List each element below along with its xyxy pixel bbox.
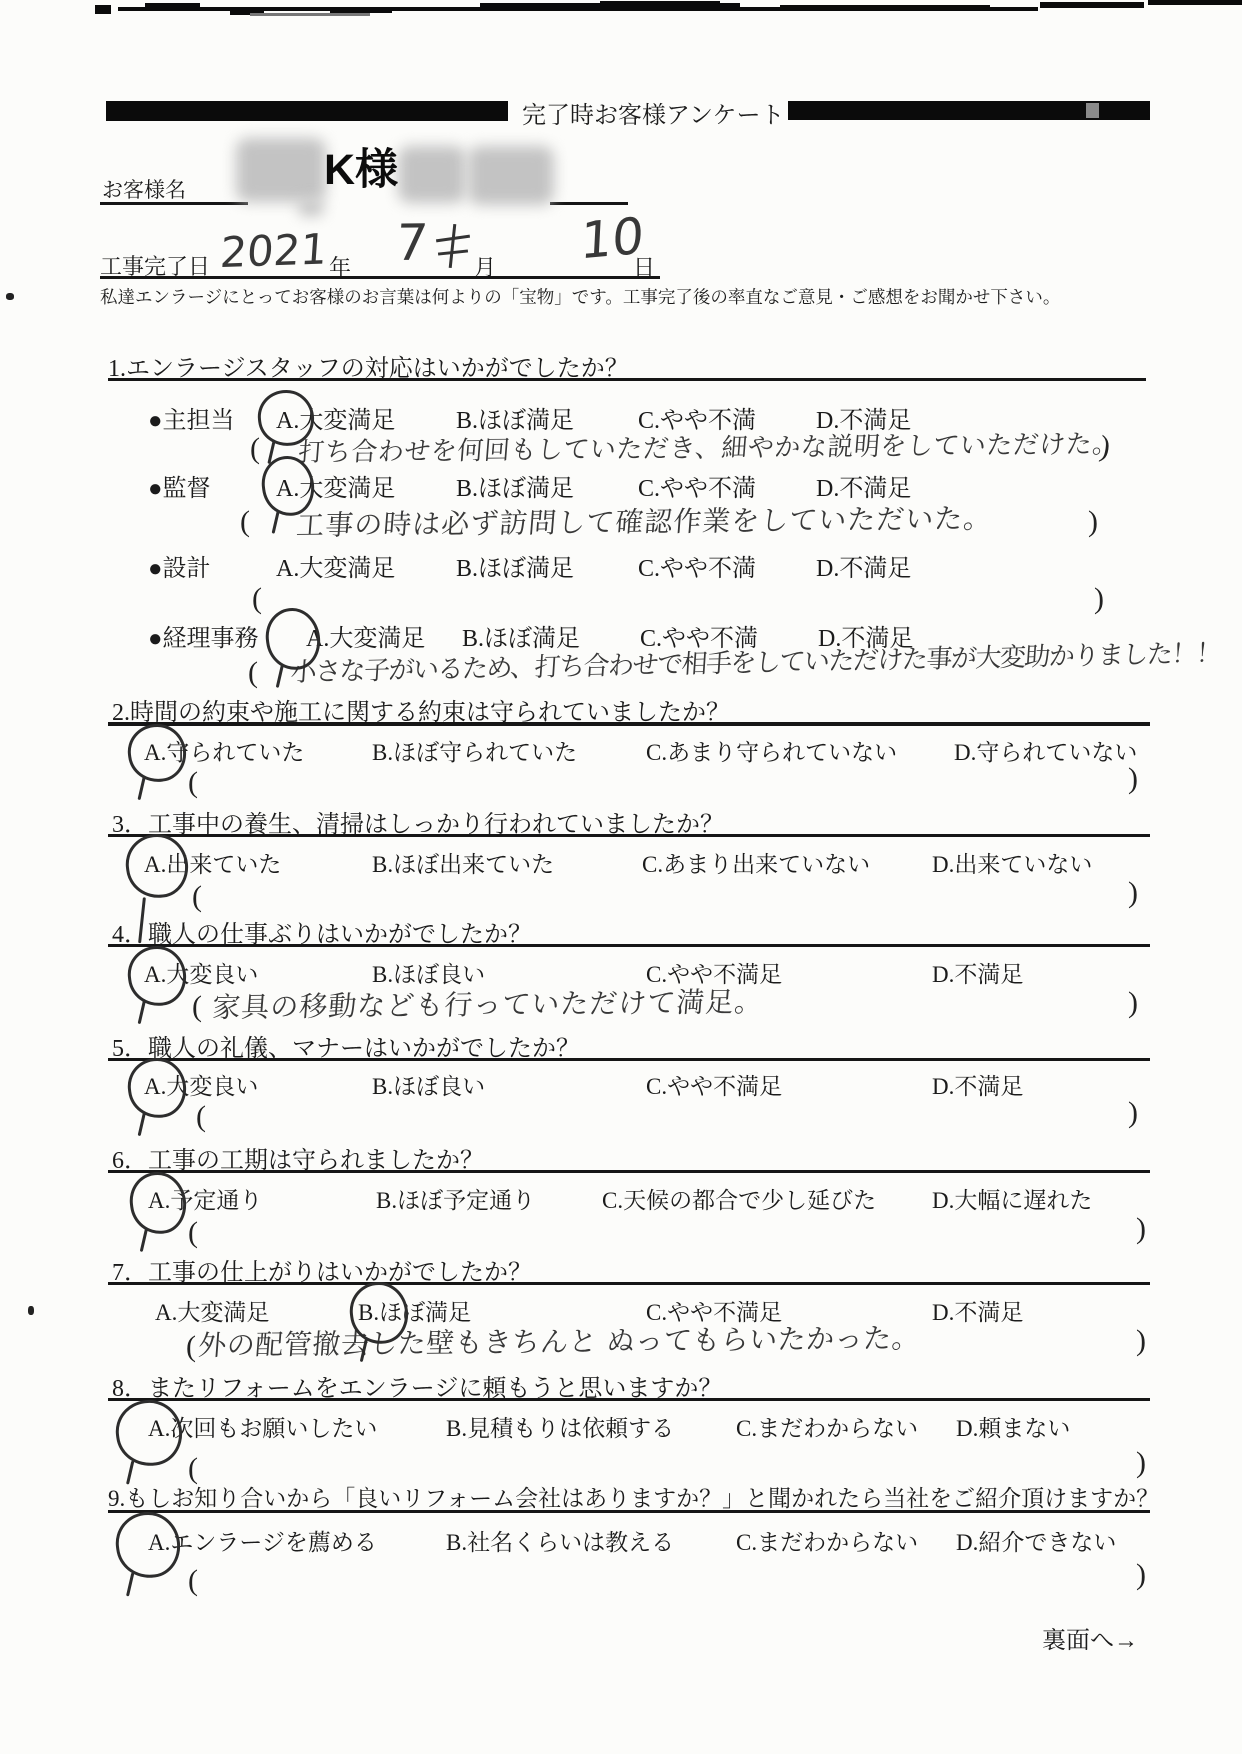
option-a: A.大変満足 [276,548,395,583]
selection-circle-q9 [112,1508,184,1581]
question-underline-q8 [108,1398,1150,1401]
handwritten-comment-q1-supervisor: 工事の時は必ず訪問して確認作業をしていただいた。 [295,497,994,544]
option-c: C.まだわからない [736,1524,918,1557]
selection-circle-q5 [125,1055,190,1122]
option-a: A.大変満足 [306,618,425,653]
form-title: 完了時お客様アンケート [522,95,785,130]
question-underline-q5 [108,1058,1150,1061]
option-c: C.天候の都合で少し延びた [602,1182,876,1215]
selection-circle-q6 [126,1169,189,1237]
handwritten-comment-q4: 家具の移動なども行っていただけて満足。 [211,980,765,1026]
back-page-note: 裏面へ→ [1042,1620,1138,1655]
option-b: B.社名くらいは教える [446,1524,674,1557]
open-paren: ( [250,432,260,466]
option-a: A.大変満足 [155,1294,269,1327]
open-paren: ( [188,1216,198,1250]
scanned-survey-page: { "header": { "title": "完了時お客様アンケート" }, … [0,0,1242,1754]
subitem-label-supervisor: ●監督 [148,468,211,503]
subitem-label-design: ●設計 [148,548,211,583]
option-d: D.出来ていない [932,846,1092,879]
option-d: D.紹介できない [956,1524,1116,1557]
open-paren: ( [252,582,262,616]
question-underline-q4 [108,944,1150,947]
open-paren: ( [192,880,202,914]
close-paren: ) [1128,876,1138,910]
option-b: B.ほぼ出来ていた [372,846,554,879]
customer-name-underline [550,202,628,205]
handwritten-comment-q1-main: 打ち合わせを何回もしていただき、細やかな説明をしていただけた。 [297,423,1120,469]
option-d: D.守られていない [954,734,1137,767]
option-c: C.まだわからない [736,1410,918,1443]
open-paren: ( [196,1100,206,1134]
redaction-blur [298,200,324,216]
scan-speck [28,1306,34,1315]
option-d: D.不満足 [932,1294,1023,1327]
option-d: D.大幅に遅れた [932,1182,1092,1215]
customer-name: K様 [324,136,398,197]
open-paren: ( [188,1564,198,1598]
close-paren: ) [1136,1446,1146,1480]
close-paren: ) [1128,986,1138,1020]
redaction-bar-left [106,101,508,121]
question-underline-q7 [108,1282,1150,1285]
option-c: C.あまり守られていない [646,734,897,767]
question-underline-q6 [108,1170,1150,1173]
option-b: B.ほぼ予定通り [376,1182,535,1215]
selection-circle-q4 [125,943,190,1010]
option-c: C.あまり出来ていない [642,846,870,879]
open-paren: ( [186,1330,196,1364]
handwritten-comment-q7: 外の配管撤去した壁もきちんと ぬってもらいたかった。 [197,1316,922,1364]
close-paren: ) [1136,1558,1146,1592]
close-paren: ) [1094,582,1104,616]
option-b: B.見積もりは依頼する [446,1410,674,1443]
selection-circle-q2 [125,721,190,786]
subitem-label-accounting: ●経理事務 [148,618,259,653]
question-underline-q9 [108,1510,1150,1513]
customer-name-underline [100,202,248,205]
question-underline-q1 [108,378,1146,381]
option-b: B.ほぼ守られていた [372,734,577,767]
option-d: D.不満足 [932,956,1023,989]
handwritten-month: 7 [394,214,430,272]
selection-circle-q3 [122,830,191,901]
open-paren: ( [188,766,198,800]
option-b: B.ほぼ満足 [456,468,574,503]
option-a: A.次回もお願いしたい [148,1410,377,1443]
redaction-blur [468,146,554,205]
redaction-blur [398,146,466,203]
option-d: D.頼まない [956,1410,1070,1443]
close-paren: ) [1128,1096,1138,1130]
question-title-q9: 9.もしお知り合いから「良いリフォーム会社はありますか？」と聞かれたら当社をご紹… [108,1480,1159,1513]
option-b: B.ほぼ満足 [456,548,574,583]
redaction-blur [236,138,326,202]
scribble-mark [434,222,472,270]
option-d: D.不満足 [932,1068,1023,1101]
open-paren: ( [192,990,202,1024]
subitem-label-main: ●主担当 [148,400,235,435]
option-c: C.やや不満 [638,548,756,583]
option-c: C.やや不満足 [646,1068,782,1101]
selection-circle-q8 [112,1396,186,1470]
option-d: D.不満足 [816,548,911,583]
open-paren: ( [240,505,250,539]
scan-speck [6,293,14,300]
close-paren: ) [1128,762,1138,796]
question-underline-q3 [108,834,1150,837]
handwritten-year: 2021 [219,224,329,277]
question-underline-q2 [108,722,1150,726]
option-c: C.やや不満 [638,468,756,503]
close-paren: ) [1088,505,1098,539]
close-paren: ) [1136,1324,1146,1358]
intro-text: 私達エンラージにとってお客様のお言葉は何よりの「宝物」です。工事完了後の率直なご… [100,284,1060,309]
option-b: B.ほぼ良い [372,1068,485,1101]
close-paren: ) [1136,1212,1146,1246]
open-paren: ( [248,656,258,690]
option-a: A.エンラージを薦める [148,1524,377,1557]
customer-name-label: お客様名 [102,174,186,204]
date-underline [100,276,660,279]
redaction-bar-gap [1086,103,1099,118]
